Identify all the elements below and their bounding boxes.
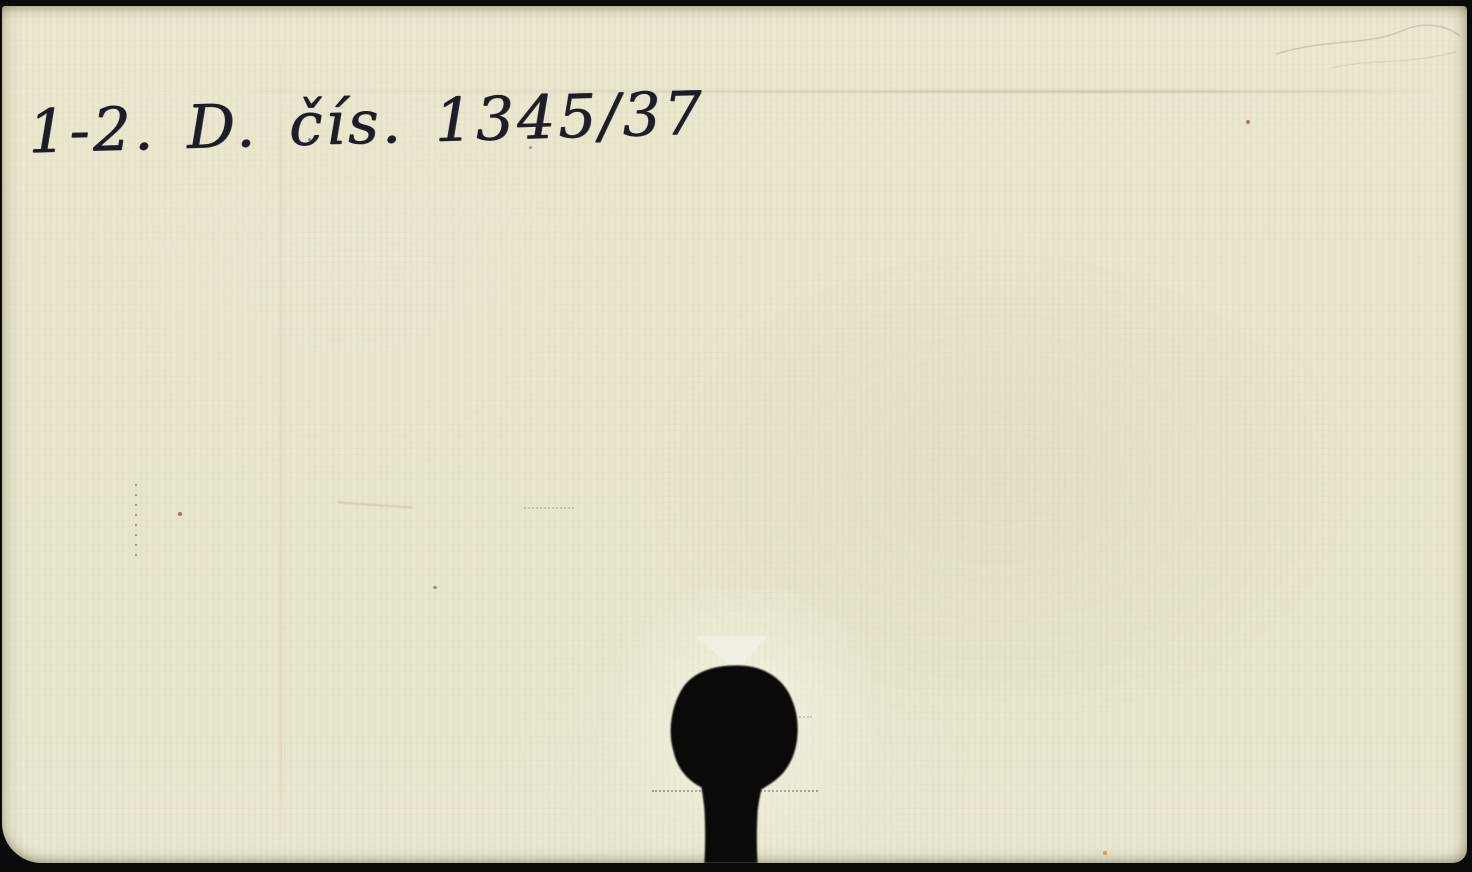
punch-hole-icon (610, 625, 910, 863)
paper-speck (529, 146, 532, 149)
pink-guide-line (280, 42, 282, 859)
paper-speck (308, 138, 311, 141)
paper-speck (433, 586, 437, 589)
paper-speck (1103, 851, 1107, 855)
index-card: 1-2. D. čís. 1345/37 (2, 6, 1467, 863)
scan-background: 1-2. D. čís. 1345/37 (0, 0, 1472, 872)
pencil-smudge (524, 507, 574, 509)
paper-speck (1246, 120, 1250, 124)
dotted-mark-vertical (135, 484, 137, 560)
paper-crease-marks (1270, 6, 1466, 116)
paper-speck (178, 512, 182, 516)
